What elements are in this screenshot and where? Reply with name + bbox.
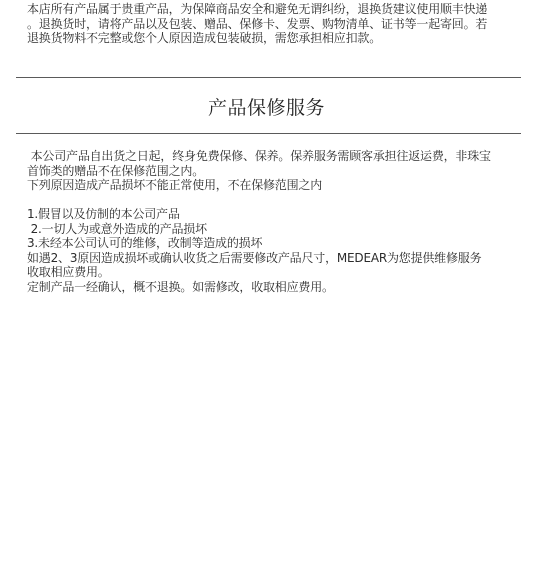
warranty-exclusions: 1.假冒以及仿制的本公司产品 2.一切人为或意外造成的产品损坏 3.未经本公司认… xyxy=(27,207,507,295)
section-divider-top xyxy=(16,77,521,78)
exclusion-item: 3.未经本公司认可的维修，改制等造成的损坏 xyxy=(27,236,507,251)
return-notice: 本店所有产品属于贵重产品，为保障商品安全和避免无谓纠纷，退换货建议使用顺丰快递 … xyxy=(27,2,507,46)
section-title: 产品保修服务 xyxy=(0,95,533,121)
warranty-intro-line: 下列原因造成产品损坏不能正常使用，不在保修范围之内 xyxy=(27,178,507,193)
repair-note-line: 如遇2、3原因造成损坏或确认收货之后需要修改产品尺寸，MEDEAR为您提供维修服… xyxy=(27,251,507,266)
exclusion-item: 2.一切人为或意外造成的产品损坏 xyxy=(27,222,507,237)
warranty-intro-line: 首饰类的赠品不在保修范围之内。 xyxy=(27,164,507,179)
repair-note-line: 收取相应费用。 xyxy=(27,265,507,280)
warranty-intro-line: 本公司产品自出货之日起，终身免费保修、保养。保养服务需顾客承担往返运费，非珠宝 xyxy=(27,149,507,164)
return-notice-line: 。退换货时，请将产品以及包装、赠品、保修卡、发票、购物清单、证书等一起寄回。若 xyxy=(27,17,507,32)
custom-product-note: 定制产品一经确认，概不退换。如需修改，收取相应费用。 xyxy=(27,280,507,295)
section-divider-bottom xyxy=(16,133,521,134)
warranty-intro: 本公司产品自出货之日起，终身免费保修、保养。保养服务需顾客承担往返运费，非珠宝 … xyxy=(27,149,507,193)
exclusion-item: 1.假冒以及仿制的本公司产品 xyxy=(27,207,507,222)
return-notice-line: 退换货物料不完整或您个人原因造成包装破损，需您承担相应扣款。 xyxy=(27,31,507,46)
return-notice-line: 本店所有产品属于贵重产品，为保障商品安全和避免无谓纠纷，退换货建议使用顺丰快递 xyxy=(27,2,507,17)
